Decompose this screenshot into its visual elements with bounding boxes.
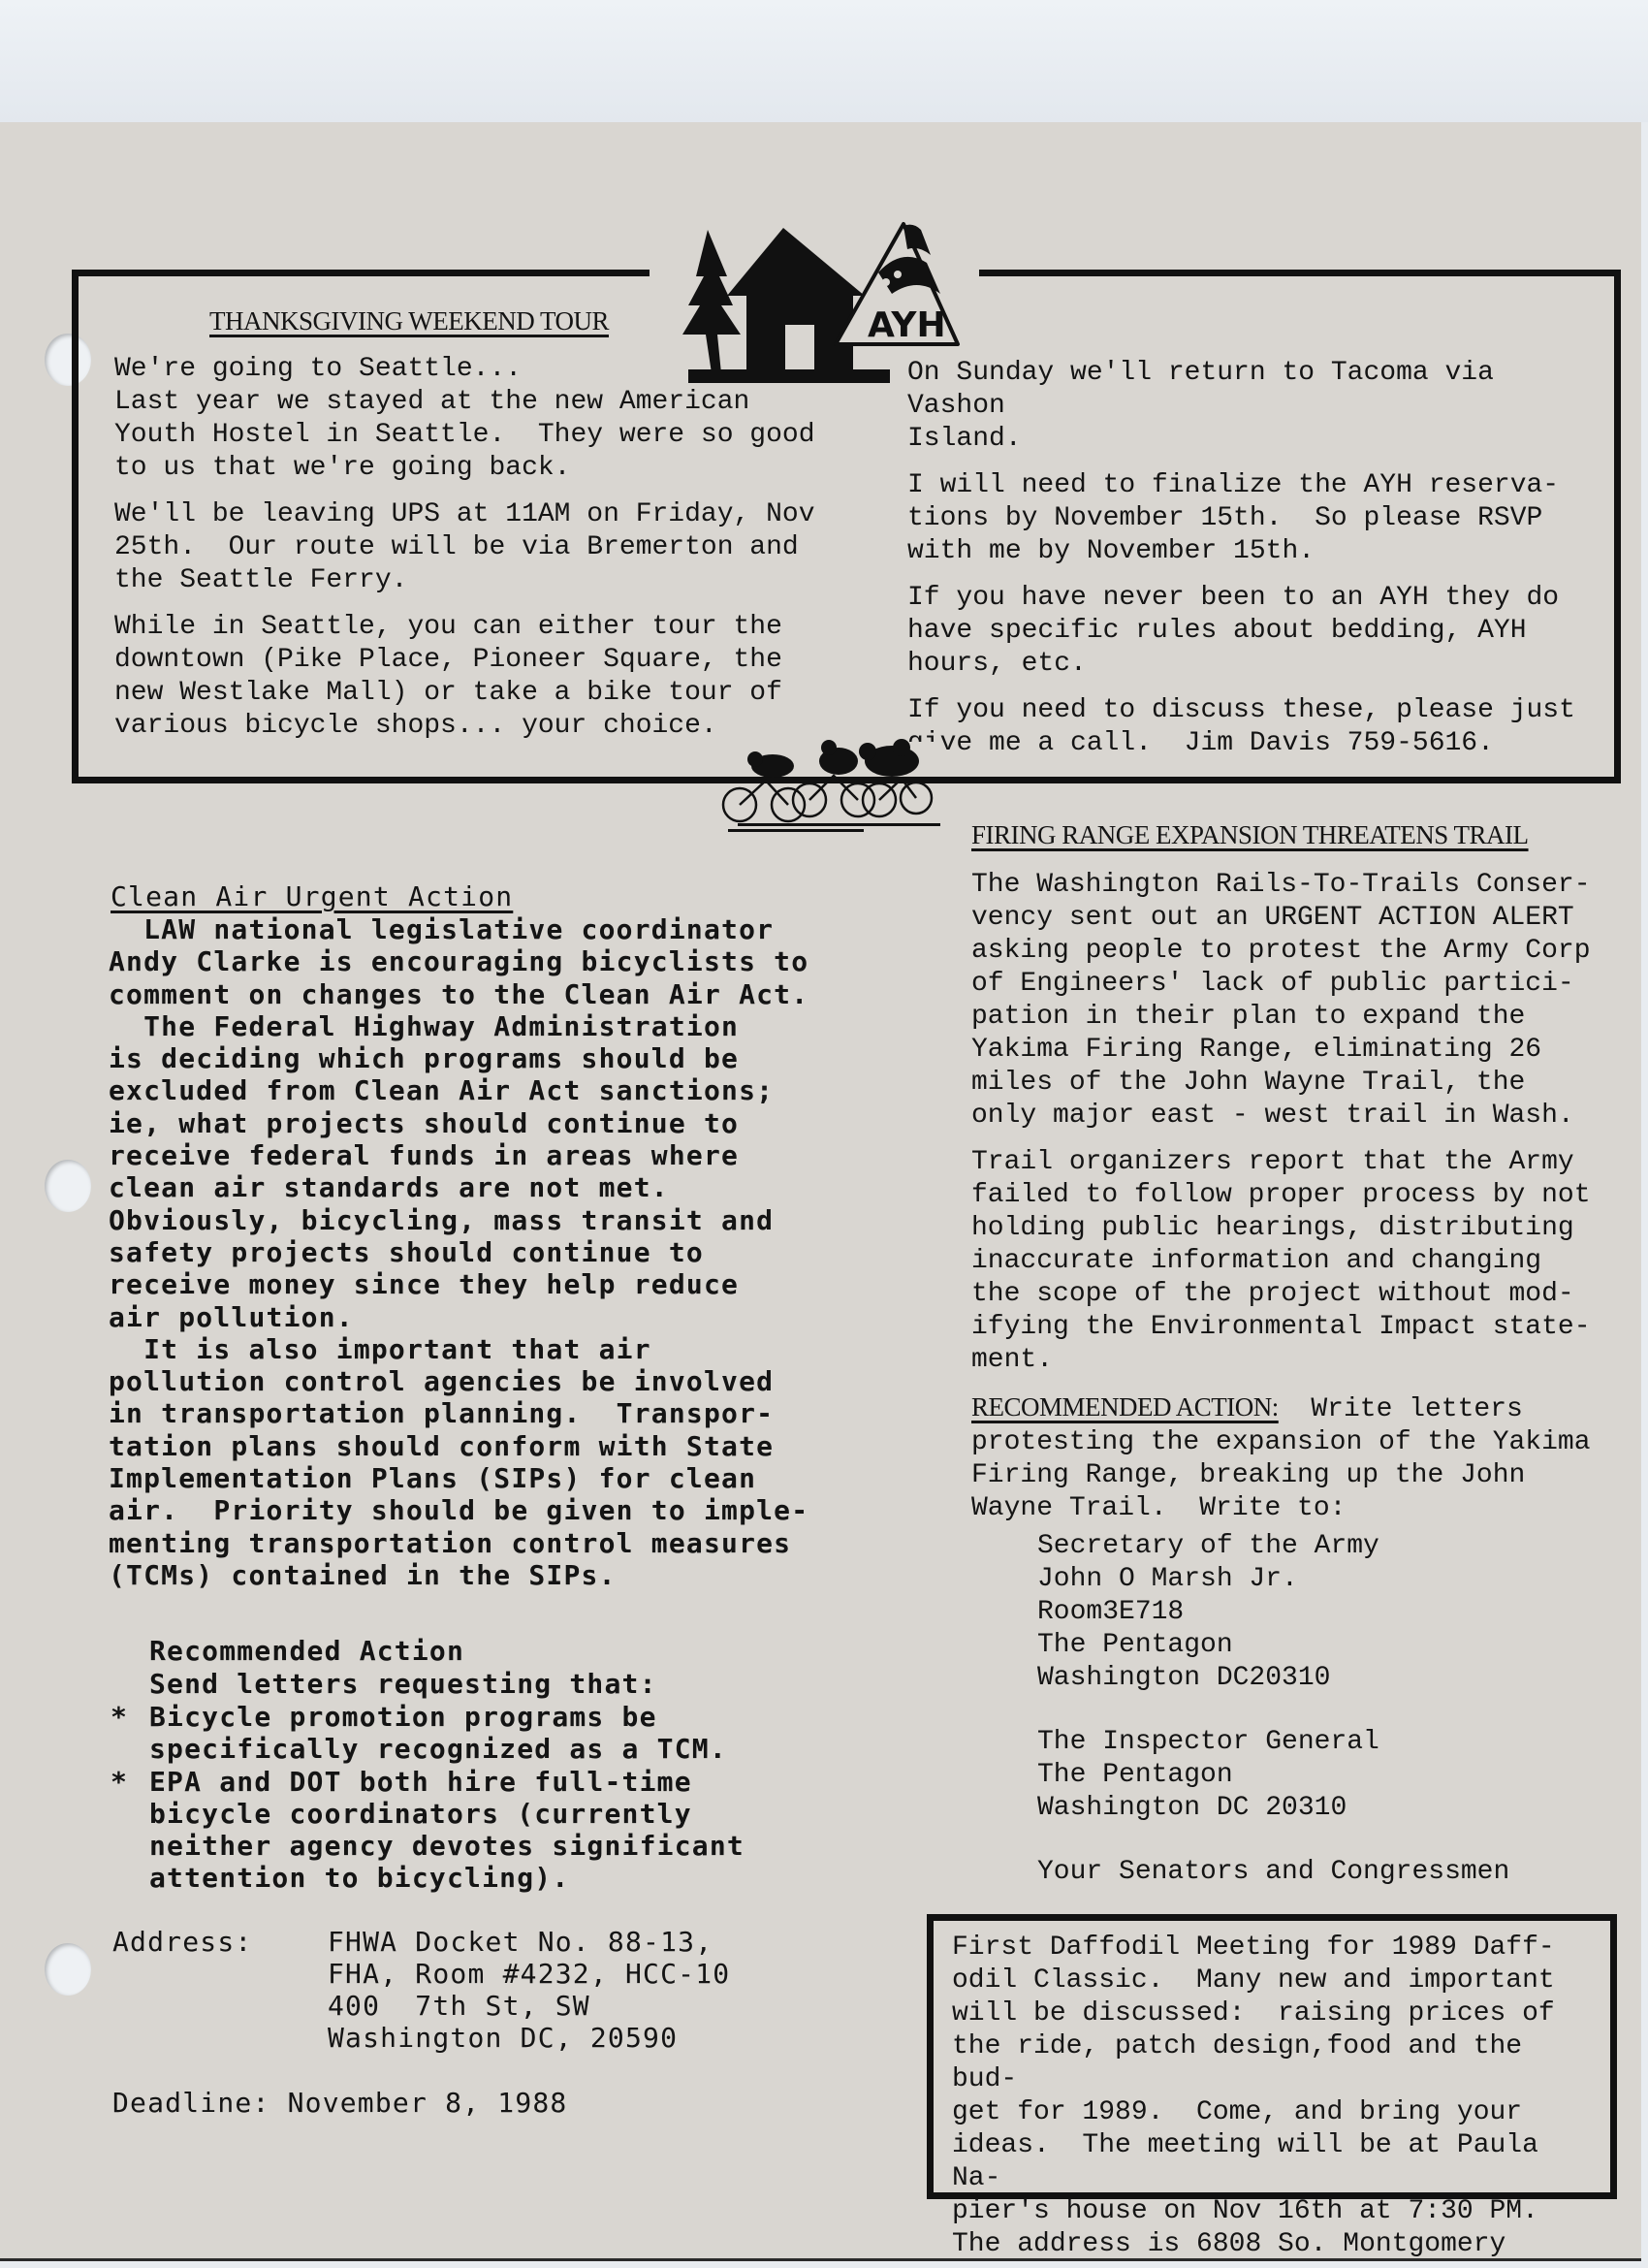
bullet-icon: * [111, 1766, 149, 1895]
tour-paragraph: If you need to discuss these, please jus… [907, 694, 1605, 760]
address-line: The Pentagon [1037, 1759, 1600, 1792]
deadline: Deadline: November 8, 1988 [112, 2087, 568, 2119]
clean-air-heading: Clean Air Urgent Action [111, 880, 513, 912]
address-line: The Pentagon [1037, 1629, 1600, 1662]
bullet-icon: * [111, 1701, 149, 1766]
address-line: The Inspector General [1037, 1726, 1600, 1759]
address-line: 400 7th St, SW [328, 1990, 730, 2022]
bullet-text: Bicycle promotion programs be specifical… [149, 1701, 727, 1766]
recommended-action-heading: Recommended Action [149, 1635, 464, 1667]
tour-paragraph: We'll be leaving UPS at 11AM on Friday, … [114, 498, 851, 597]
recommended-list: * Bicycle promotion programs be specific… [111, 1701, 886, 1895]
list-item: * Bicycle promotion programs be specific… [111, 1701, 886, 1766]
tour-right-column: On Sunday we'll return to Tacoma via Vas… [907, 357, 1605, 774]
tour-paragraph: We're going to Seattle... Last year we s… [114, 353, 851, 485]
clean-air-body: LAW national legislative coordinator And… [109, 913, 903, 1591]
address-line: John O Marsh Jr. [1037, 1563, 1600, 1596]
firing-range-heading: FIRING RANGE EXPANSION THREATENS TRAIL [971, 820, 1529, 850]
tour-paragraph: On Sunday we'll return to Tacoma via Vas… [907, 357, 1605, 456]
tour-paragraph: If you have never been to an AYH they do… [907, 582, 1605, 681]
address-line: FHWA Docket No. 88-13, [328, 1926, 730, 1958]
address-line: Room3E718 [1037, 1596, 1600, 1629]
punch-hole [45, 1160, 91, 1212]
address-line: FHA, Room #4232, HCC-10 [328, 1958, 730, 1990]
daffodil-meeting-text: First Daffodil Meeting for 1989 Daff- od… [952, 1932, 1592, 2261]
punch-hole [45, 1943, 91, 1996]
recommended-action-label: RECOMMENDED ACTION: [971, 1392, 1279, 1421]
tour-heading: THANKSGIVING WEEKEND TOUR [209, 306, 609, 336]
address-block: The Inspector General The Pentagon Washi… [1037, 1726, 1600, 1825]
address-line: Washington DC 20310 [1037, 1792, 1600, 1825]
bullet-text: EPA and DOT both hire full-time bicycle … [149, 1766, 745, 1895]
tour-left-column: We're going to Seattle... Last year we s… [114, 353, 851, 756]
cyclists-icon [713, 722, 940, 834]
address-line: Your Senators and Congressmen [1037, 1856, 1600, 1889]
firing-range-body: The Washington Rails-To-Trails Conser- v… [971, 869, 1611, 1543]
address-block: Secretary of the Army John O Marsh Jr. R… [1037, 1530, 1600, 1695]
address-label: Address: [112, 1926, 252, 1958]
scanner-background [0, 0, 1648, 122]
firing-range-paragraph: The Washington Rails-To-Trails Conser- v… [971, 869, 1611, 1133]
firing-range-paragraph: Trail organizers report that the Army fa… [971, 1146, 1611, 1377]
address-block: Your Senators and Congressmen [1037, 1856, 1600, 1889]
address-line: Secretary of the Army [1037, 1530, 1600, 1563]
fhwa-address: FHWA Docket No. 88-13, FHA, Room #4232, … [328, 1926, 730, 2054]
recommended-action-intro: Send letters requesting that: [149, 1668, 657, 1700]
address-line: Washington DC, 20590 [328, 2022, 730, 2054]
tour-paragraph: I will need to finalize the AYH reserva-… [907, 469, 1605, 568]
write-to-addresses: Secretary of the Army John O Marsh Jr. R… [1037, 1530, 1600, 1889]
address-line: Washington DC20310 [1037, 1662, 1600, 1695]
logo-text: AYH [868, 305, 946, 345]
firing-range-recommended: RECOMMENDED ACTION: Write letters protes… [971, 1390, 1611, 1525]
list-item: * EPA and DOT both hire full-time bicycl… [111, 1766, 886, 1895]
